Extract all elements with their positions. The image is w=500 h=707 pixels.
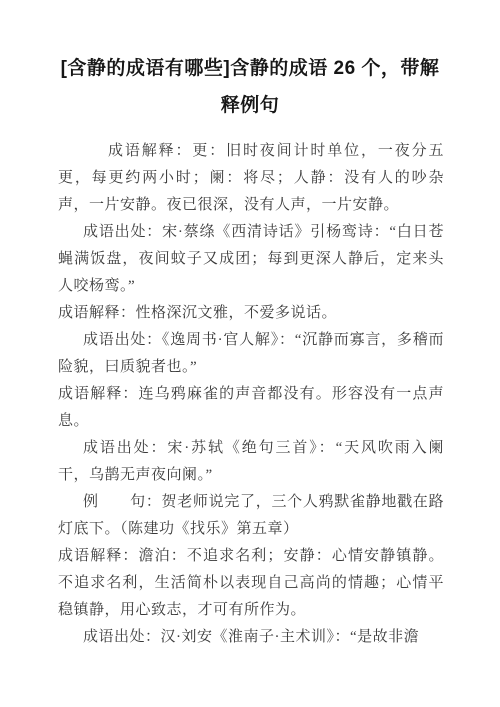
document-body: 成语解释：更：旧时夜间计时单位，一夜分五更，每更约两小时；阑：将尽；人静：没有人… xyxy=(58,138,444,651)
document-page: [含静的成语有哪些]含静的成语 26 个，带解释例句 成语解释：更：旧时夜间计时… xyxy=(0,0,500,707)
example-sentence: 例 句：贺老师说完了，三个人鸦默雀静地戳在路灯底下。（陈建功《找乐》第五章） xyxy=(58,489,444,543)
idiom-source-3: 成语出处：宋·苏轼《绝句三首》：“天风吹雨入阑干，乌鹊无声夜向阑。” xyxy=(58,435,444,489)
idiom-explanation-2: 成语解释：性格深沉文雅，不爱多说话。 xyxy=(58,300,444,327)
page-title: [含静的成语有哪些]含静的成语 26 个，带解释例句 xyxy=(59,0,441,124)
idiom-source-2: 成语出处：《逸周书·官人解》：“沉静而寡言，多稽而险貌，曰质貌者也。” xyxy=(58,327,444,381)
idiom-source-4: 成语出处：汉·刘安《淮南子·主术训》：“是故非澹 xyxy=(58,624,444,651)
idiom-explanation-4: 成语解释：澹泊：不追求名利；安静：心情安静镇静。不追求名利，生活简朴以表现自己高… xyxy=(58,543,444,624)
idiom-explanation-3: 成语解释：连乌鸦麻雀的声音都没有。形容没有一点声息。 xyxy=(58,381,444,435)
idiom-explanation-1: 成语解释：更：旧时夜间计时单位，一夜分五更，每更约两小时；阑：将尽；人静：没有人… xyxy=(58,138,444,219)
idiom-source-1: 成语出处：宋·蔡绦《西清诗话》引杨鸾诗：“白日苍蝇满饭盘，夜间蚊子又成团；每到更… xyxy=(58,219,444,300)
